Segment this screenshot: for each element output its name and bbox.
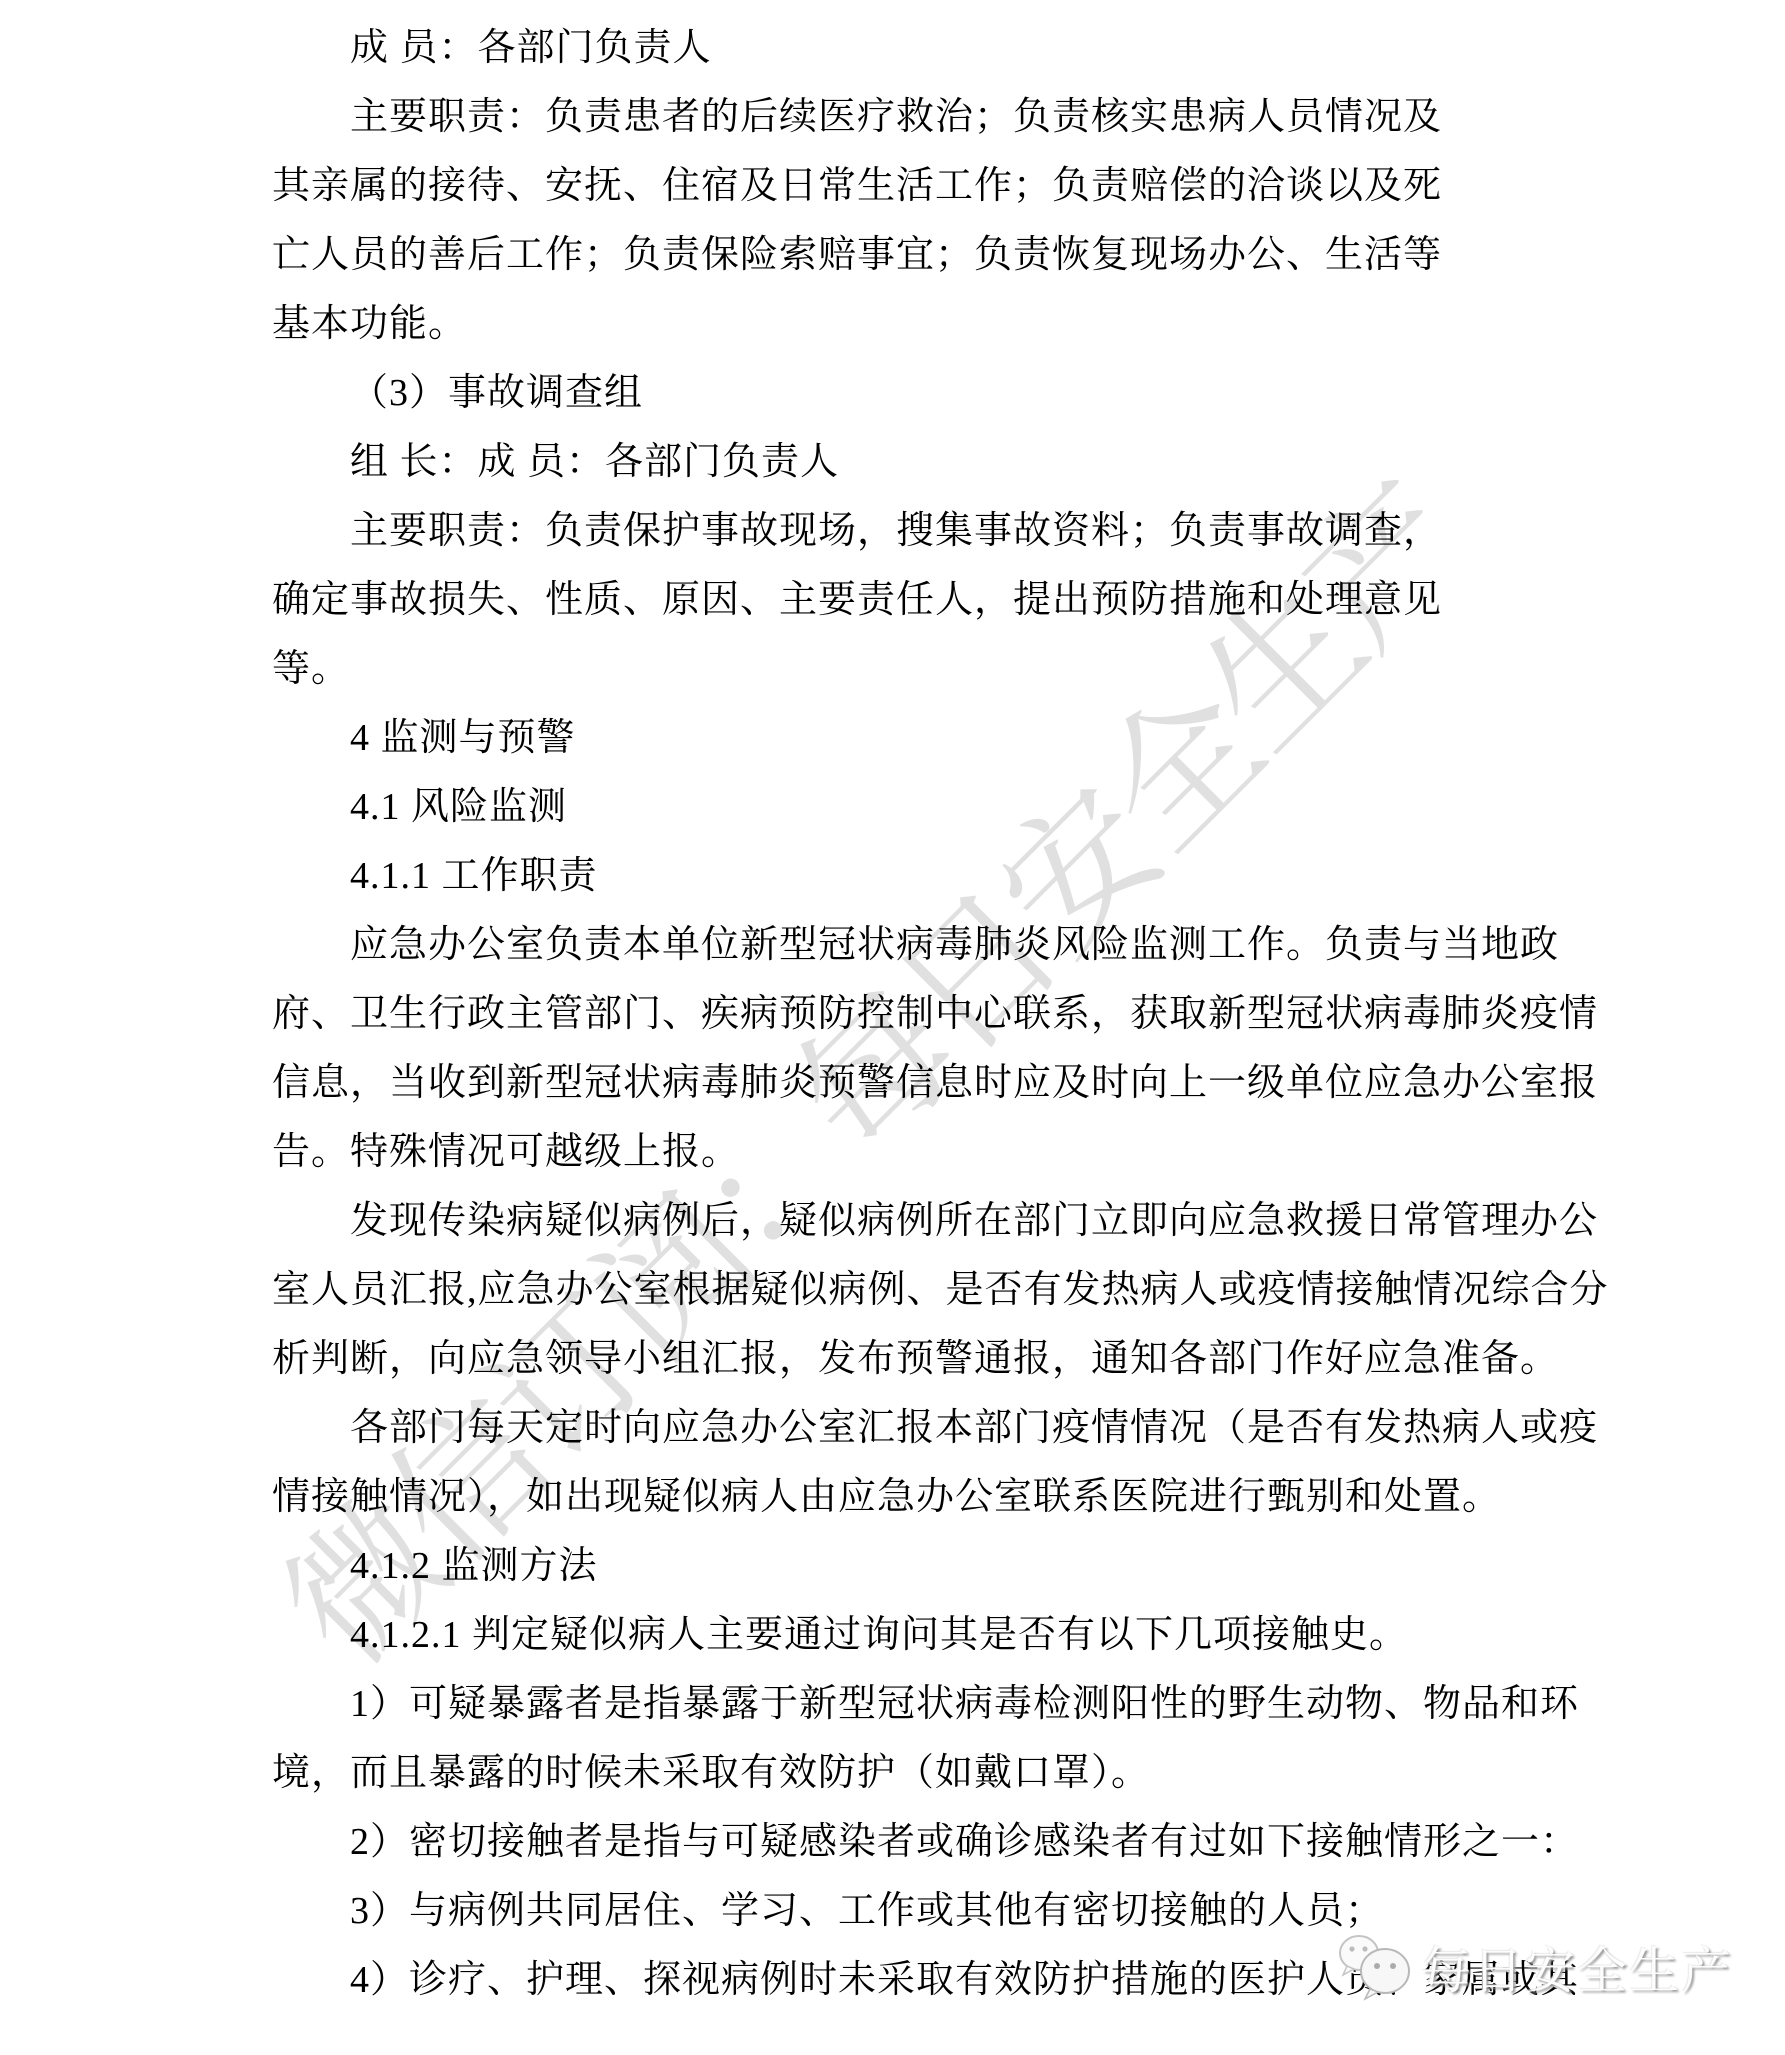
text-line: 组 长：成 员：各部门负责人 [272, 428, 1534, 497]
text-line: 基本功能。 [272, 290, 1534, 359]
text-line: 主要职责：负责患者的后续医疗救治；负责核实患病人员情况及 [272, 83, 1534, 152]
text-line: 信息，当收到新型冠状病毒肺炎预警信息时应及时向上一级单位应急办公室报 [272, 1049, 1534, 1118]
text-line: 析判断，向应急领导小组汇报，发布预警通报，通知各部门作好应急准备。 [272, 1325, 1534, 1394]
text-line: 主要职责：负责保护事故现场，搜集事故资料；负责事故调查， [272, 497, 1534, 566]
wechat-icon [1337, 1931, 1415, 2003]
text-line: 其亲属的接待、安抚、住宿及日常生活工作；负责赔偿的洽谈以及死 [272, 152, 1534, 221]
text-line: 2）密切接触者是指与可疑感染者或确诊感染者有过如下接触情形之一： [272, 1808, 1534, 1877]
text-line: 4.1.2.1 判定疑似病人主要通过询问其是否有以下几项接触史。 [272, 1601, 1534, 1670]
text-line: 亡人员的善后工作；负责保险索赔事宜；负责恢复现场办公、生活等 [272, 221, 1534, 290]
text-line: （3）事故调查组 [272, 359, 1534, 428]
text-line: 确定事故损失、性质、原因、主要责任人，提出预防措施和处理意见 [272, 566, 1534, 635]
text-line: 告。特殊情况可越级上报。 [272, 1118, 1534, 1187]
text-line: 室人员汇报,应急办公室根据疑似病例、是否有发热病人或疫情接触情况综合分 [272, 1256, 1534, 1325]
text-line: 各部门每天定时向应急办公室汇报本部门疫情情况（是否有发热病人或疫 [272, 1394, 1534, 1463]
text-line: 4.1.1 工作职责 [272, 842, 1534, 911]
text-line: 4.1 风险监测 [272, 773, 1534, 842]
text-line: 发现传染病疑似病例后，疑似病例所在部门立即向应急救援日常管理办公 [272, 1187, 1534, 1256]
text-line: 情接触情况），如出现疑似病人由应急办公室联系医院进行甄别和处置。 [272, 1463, 1534, 1532]
footer-logo: 每日安全生产 [1337, 1931, 1733, 2003]
document-body: 成 员：各部门负责人主要职责：负责患者的后续医疗救治；负责核实患病人员情况及其亲… [272, 14, 1534, 2015]
text-line: 等。 [272, 635, 1534, 704]
text-line: 应急办公室负责本单位新型冠状病毒肺炎风险监测工作。负责与当地政 [272, 911, 1534, 980]
text-line: 4.1.2 监测方法 [272, 1532, 1534, 1601]
text-line: 境，而且暴露的时候未采取有效防护（如戴口罩）。 [272, 1739, 1534, 1808]
text-line: 1）可疑暴露者是指暴露于新型冠状病毒检测阳性的野生动物、物品和环 [272, 1670, 1534, 1739]
text-line: 4 监测与预警 [272, 704, 1534, 773]
text-line: 成 员：各部门负责人 [272, 14, 1534, 83]
footer-logo-text: 每日安全生产 [1421, 1931, 1733, 2003]
text-line: 府、卫生行政主管部门、疾病预防控制中心联系，获取新型冠状病毒肺炎疫情 [272, 980, 1534, 1049]
